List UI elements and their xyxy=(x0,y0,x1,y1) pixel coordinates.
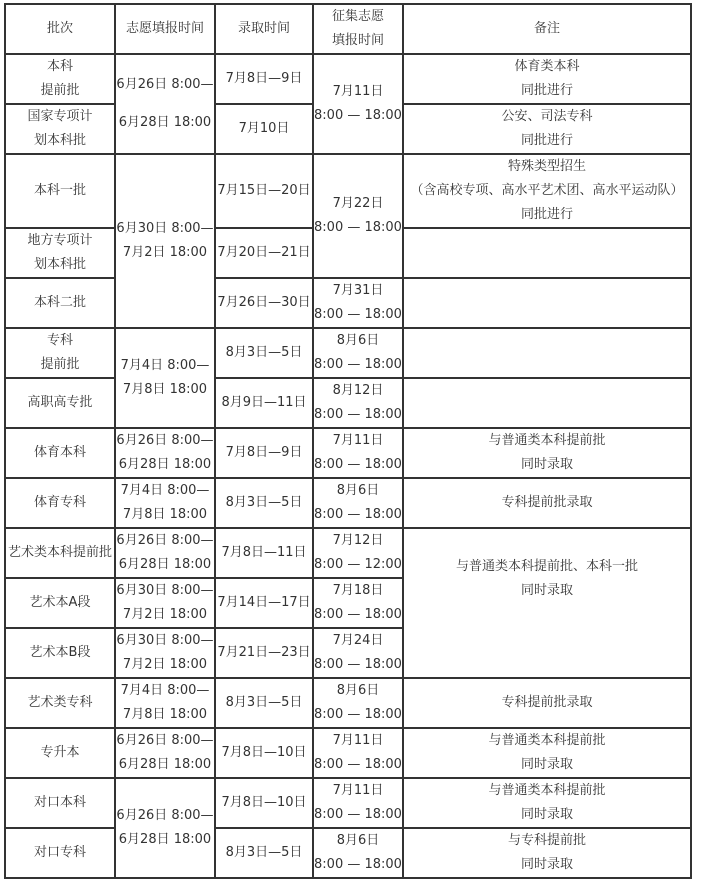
cell-batch: 对口本科 xyxy=(5,778,115,828)
cell-solicit-time: 7月24日 8:00 — 18:00 xyxy=(313,628,403,678)
cell-note: 与普通类本科提前批 同时录取 xyxy=(403,728,691,778)
table-row: 对口本科 6月26日 8:00— 6月28日 18:00 7月8日—10日 7月… xyxy=(5,778,691,828)
cell-admit-time: 7月8日—11日 xyxy=(215,528,313,578)
table-row: 本科二批 7月26日—30日 7月31日 8:00 — 18:00 xyxy=(5,278,691,328)
cell-batch: 本科一批 xyxy=(5,154,115,228)
cell-batch: 国家专项计 划本科批 xyxy=(5,104,115,154)
admission-schedule-table: 批次 志愿填报时间 录取时间 征集志愿 填报时间 备注 本科 提前批 6月26日… xyxy=(4,3,692,879)
cell-solicit-time: 8月6日 8:00 — 18:00 xyxy=(313,328,403,378)
cell-admit-time: 7月21日—23日 xyxy=(215,628,313,678)
cell-solicit-time: 7月11日 8:00 — 18:00 xyxy=(313,728,403,778)
cell-admit-time: 7月8日—10日 xyxy=(215,778,313,828)
cell-apply-time: 6月30日 8:00— 7月2日 18:00 xyxy=(115,154,215,328)
cell-note xyxy=(403,228,691,278)
cell-batch: 体育专科 xyxy=(5,478,115,528)
cell-solicit-time: 7月11日 8:00 — 18:00 xyxy=(313,778,403,828)
table-row: 艺术类专科 7月4日 8:00— 7月8日 18:00 8月3日—5日 8月6日… xyxy=(5,678,691,728)
cell-note: 与专科提前批 同时录取 xyxy=(403,828,691,878)
table-row: 对口专科 8月3日—5日 8月6日 8:00 — 18:00 与专科提前批 同时… xyxy=(5,828,691,878)
cell-batch: 高职高专批 xyxy=(5,378,115,428)
cell-note xyxy=(403,278,691,328)
cell-note: 公安、司法专科 同批进行 xyxy=(403,104,691,154)
cell-solicit-time: 8月6日 8:00 — 18:00 xyxy=(313,828,403,878)
cell-admit-time: 7月8日—9日 xyxy=(215,54,313,104)
cell-batch: 本科 提前批 xyxy=(5,54,115,104)
cell-note: 与普通类本科提前批 同时录取 xyxy=(403,778,691,828)
table-header-row: 批次 志愿填报时间 录取时间 征集志愿 填报时间 备注 xyxy=(5,4,691,54)
cell-batch: 地方专项计 划本科批 xyxy=(5,228,115,278)
cell-apply-time: 6月26日 8:00— 6月28日 18:00 xyxy=(115,728,215,778)
table-row: 专升本 6月26日 8:00— 6月28日 18:00 7月8日—10日 7月1… xyxy=(5,728,691,778)
cell-apply-time: 7月4日 8:00— 7月8日 18:00 xyxy=(115,328,215,428)
table-row: 本科一批 6月30日 8:00— 7月2日 18:00 7月15日—20日 7月… xyxy=(5,154,691,228)
header-apply-time: 志愿填报时间 xyxy=(115,4,215,54)
cell-apply-time: 7月4日 8:00— 7月8日 18:00 xyxy=(115,478,215,528)
cell-admit-time: 7月14日—17日 xyxy=(215,578,313,628)
cell-admit-time: 7月20日—21日 xyxy=(215,228,313,278)
header-batch: 批次 xyxy=(5,4,115,54)
cell-note xyxy=(403,328,691,378)
cell-solicit-time: 7月11日 8:00 — 18:00 xyxy=(313,428,403,478)
cell-note xyxy=(403,378,691,428)
admission-schedule: 批次 志愿填报时间 录取时间 征集志愿 填报时间 备注 本科 提前批 6月26日… xyxy=(4,3,692,879)
cell-apply-time: 6月26日 8:00— 6月28日 18:00 xyxy=(115,428,215,478)
cell-admit-time: 7月8日—9日 xyxy=(215,428,313,478)
cell-solicit-time: 8月6日 8:00 — 18:00 xyxy=(313,678,403,728)
cell-batch: 艺术本B段 xyxy=(5,628,115,678)
header-solicit-time: 征集志愿 填报时间 xyxy=(313,4,403,54)
cell-admit-time: 8月9日—11日 xyxy=(215,378,313,428)
cell-batch: 专升本 xyxy=(5,728,115,778)
cell-note: 特殊类型招生 （含高校专项、高水平艺术团、高水平运动队） 同批进行 xyxy=(403,154,691,228)
table-row: 艺术类本科提前批 6月26日 8:00— 6月28日 18:00 7月8日—11… xyxy=(5,528,691,578)
cell-batch: 本科二批 xyxy=(5,278,115,328)
cell-solicit-time: 7月12日 8:00 — 12:00 xyxy=(313,528,403,578)
cell-note: 与普通类本科提前批 同时录取 xyxy=(403,428,691,478)
cell-admit-time: 8月3日—5日 xyxy=(215,678,313,728)
cell-batch: 艺术类专科 xyxy=(5,678,115,728)
cell-solicit-time: 8月6日 8:00 — 18:00 xyxy=(313,478,403,528)
cell-admit-time: 8月3日—5日 xyxy=(215,478,313,528)
cell-note: 体育类本科 同批进行 xyxy=(403,54,691,104)
cell-solicit-time: 7月31日 8:00 — 18:00 xyxy=(313,278,403,328)
cell-batch: 对口专科 xyxy=(5,828,115,878)
cell-solicit-time: 7月11日 8:00 — 18:00 xyxy=(313,54,403,154)
cell-note: 与普通类本科提前批、本科一批 同时录取 xyxy=(403,528,691,678)
cell-admit-time: 7月10日 xyxy=(215,104,313,154)
cell-solicit-time: 7月18日 8:00 — 18:00 xyxy=(313,578,403,628)
cell-apply-time: 7月4日 8:00— 7月8日 18:00 xyxy=(115,678,215,728)
cell-admit-time: 7月15日—20日 xyxy=(215,154,313,228)
cell-batch: 艺术类本科提前批 xyxy=(5,528,115,578)
cell-admit-time: 8月3日—5日 xyxy=(215,328,313,378)
cell-apply-time: 6月30日 8:00— 7月2日 18:00 xyxy=(115,628,215,678)
cell-apply-time: 6月30日 8:00— 7月2日 18:00 xyxy=(115,578,215,628)
cell-batch: 艺术本A段 xyxy=(5,578,115,628)
header-notes: 备注 xyxy=(403,4,691,54)
table-row: 体育本科 6月26日 8:00— 6月28日 18:00 7月8日—9日 7月1… xyxy=(5,428,691,478)
cell-admit-time: 7月8日—10日 xyxy=(215,728,313,778)
cell-solicit-time: 7月22日 8:00 — 18:00 xyxy=(313,154,403,278)
table-row: 体育专科 7月4日 8:00— 7月8日 18:00 8月3日—5日 8月6日 … xyxy=(5,478,691,528)
cell-batch: 专科 提前批 xyxy=(5,328,115,378)
table-row: 本科 提前批 6月26日 8:00— 6月28日 18:00 7月8日—9日 7… xyxy=(5,54,691,104)
cell-apply-time: 6月26日 8:00— 6月28日 18:00 xyxy=(115,778,215,878)
table-row: 专科 提前批 7月4日 8:00— 7月8日 18:00 8月3日—5日 8月6… xyxy=(5,328,691,378)
header-admit-time: 录取时间 xyxy=(215,4,313,54)
cell-admit-time: 7月26日—30日 xyxy=(215,278,313,328)
table-row: 高职高专批 8月9日—11日 8月12日 8:00 — 18:00 xyxy=(5,378,691,428)
cell-apply-time: 6月26日 8:00— 6月28日 18:00 xyxy=(115,528,215,578)
cell-note: 专科提前批录取 xyxy=(403,478,691,528)
cell-batch: 体育本科 xyxy=(5,428,115,478)
cell-note: 专科提前批录取 xyxy=(403,678,691,728)
cell-apply-time: 6月26日 8:00— 6月28日 18:00 xyxy=(115,54,215,154)
cell-solicit-time: 8月12日 8:00 — 18:00 xyxy=(313,378,403,428)
cell-admit-time: 8月3日—5日 xyxy=(215,828,313,878)
